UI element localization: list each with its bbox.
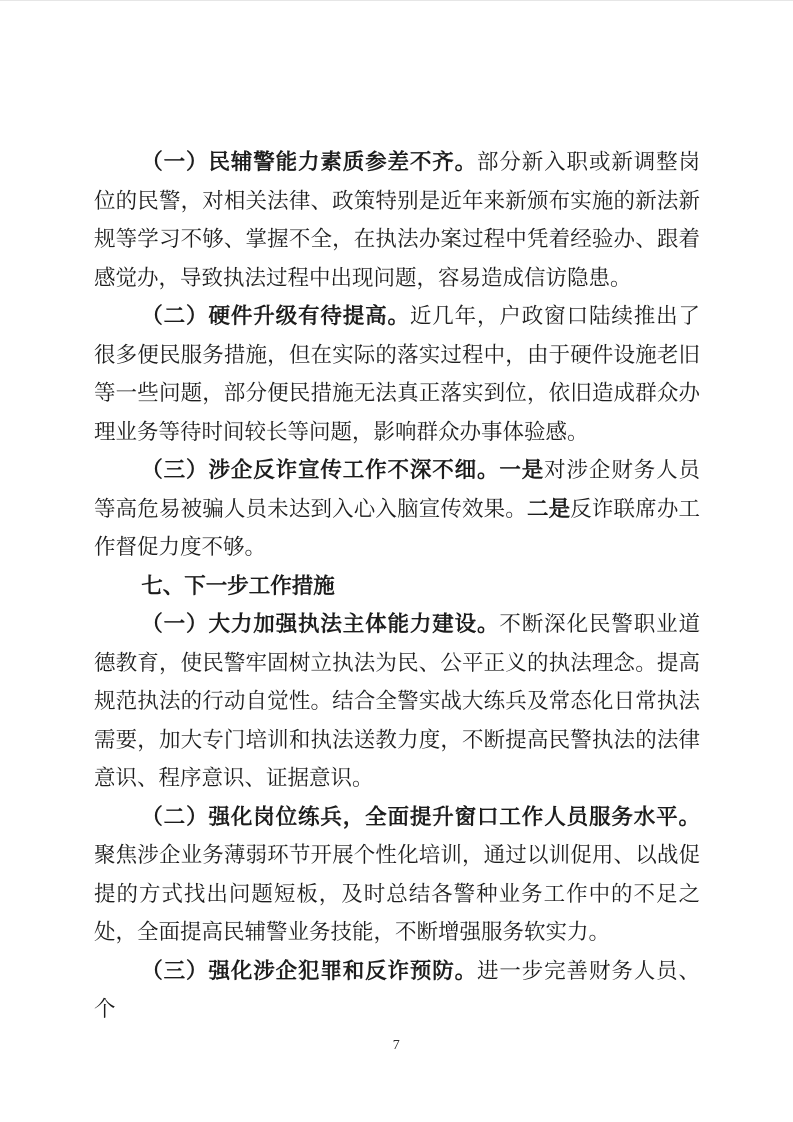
emphasis-first: 一是 [499,458,544,482]
paragraph-lead: （一）大力加强执法主体能力建设。 [141,612,499,636]
paragraph-text: 不断深化民警职业道德教育，使民警牢固树立执法为民、公平正义的执法理念。提高规范执… [94,612,700,790]
paragraph-shortcoming-1: （一）民辅警能力素质参差不齐。部分新入职或新调整岗位的民警，对相关法律、政策特别… [94,143,700,297]
paragraph-shortcoming-3: （三）涉企反诈宣传工作不深不细。一是对涉企财务人员等高危易被骗人员未达到入心入脑… [94,451,700,567]
document-page: （一）民辅警能力素质参差不齐。部分新入职或新调整岗位的民警，对相关法律、政策特别… [0,0,793,1122]
section-heading: 七、下一步工作措施 [94,567,700,606]
page-footer: 7 [0,1036,793,1054]
paragraph-measure-3: （三）强化涉企犯罪和反诈预防。进一步完善财务人员、个 [94,952,700,1029]
paragraph-lead: （一）民辅警能力素质参差不齐。 [141,150,477,174]
document-body: （一）民辅警能力素质参差不齐。部分新入职或新调整岗位的民警，对相关法律、政策特别… [94,143,700,1029]
paragraph-shortcoming-2: （二）硬件升级有待提高。近几年，户政窗口陆续推出了很多便民服务措施，但在实际的落… [94,297,700,451]
paragraph-lead: （三）涉企反诈宣传工作不深不细。 [141,458,499,482]
paragraph-measure-2: （二）强化岗位练兵，全面提升窗口工作人员服务水平。聚焦涉企业务薄弱环节开展个性化… [94,798,700,952]
paragraph-lead: （二）硬件升级有待提高。 [141,304,410,328]
paragraph-text: 聚焦涉企业务薄弱环节开展个性化培训，通过以训促用、以战促提的方式找出问题短板，及… [94,843,700,944]
page-number: 7 [393,1038,401,1053]
emphasis-second: 二是 [527,497,570,521]
paragraph-lead: （二）强化岗位练兵，全面提升窗口工作人员服务水平。 [141,805,700,829]
paragraph-lead: （三）强化涉企犯罪和反诈预防。 [141,959,477,983]
paragraph-measure-1: （一）大力加强执法主体能力建设。不断深化民警职业道德教育，使民警牢固树立执法为民… [94,605,700,798]
